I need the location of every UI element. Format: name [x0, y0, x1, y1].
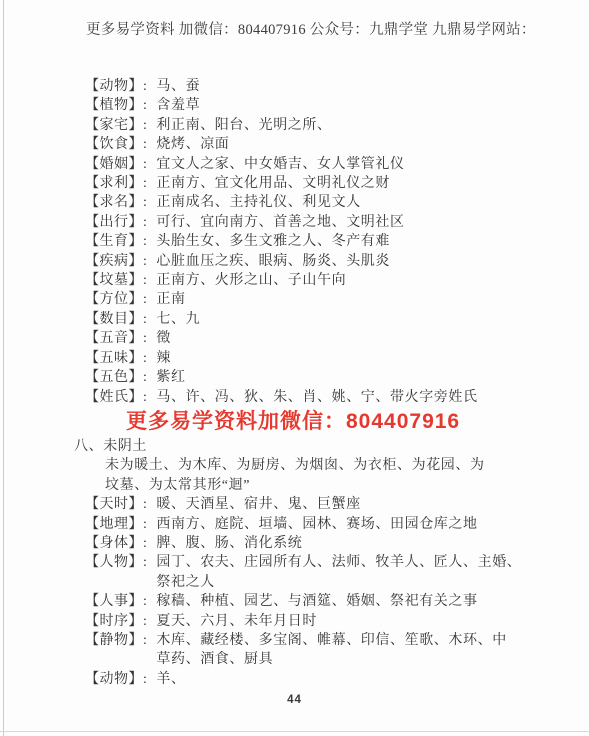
- entry-label: 【人物】:: [85, 553, 147, 572]
- entry-row: 【出行】: 可行、宜向南方、首善之地、文明社区: [85, 213, 540, 232]
- entry-row: 【五色】: 紫红: [85, 368, 540, 387]
- entry-label: 【姓氏】:: [85, 388, 147, 407]
- page-number: 44: [0, 694, 589, 706]
- entry-row: 【婚姻】: 宜文人之家、中女婚吉、女人掌管礼仪: [85, 155, 540, 174]
- section-heading-wei-yin-tu: 八、未阴土: [74, 437, 540, 456]
- entry-label: 【求利】:: [85, 174, 147, 193]
- entry-row: 【时序】: 夏天、六月、未年月日时: [85, 612, 540, 631]
- entry-value: 马、蚕: [156, 77, 540, 96]
- entry-value: 脾、腹、肠、消化系统: [156, 534, 540, 553]
- entry-row: 【坟墓】: 正南方、火形之山、子山午向: [85, 271, 540, 290]
- section-wei-entries: 【天时】: 暖、天酒星、宿井、鬼、巨蟹座 【地理】: 西南方、庭院、垣墙、园林、…: [85, 495, 540, 689]
- entry-label: 【出行】:: [85, 213, 147, 232]
- entry-row: 【动物】: 羊、: [85, 670, 540, 689]
- scan-edge-left: [3, 0, 4, 736]
- entry-value: 木库、藏经楼、多宝阁、帷幕、印信、笙歌、木环、中 草药、酒食、厨具: [156, 631, 540, 670]
- entry-row: 【人事】: 稼穑、种植、园艺、与酒筵、婚姻、祭祀有关之事: [85, 592, 540, 611]
- entry-row: 【五味】: 辣: [85, 349, 540, 368]
- entry-row: 【地理】: 西南方、庭院、垣墙、园林、赛场、田园仓库之地: [85, 515, 540, 534]
- entry-value: 紫红: [156, 368, 540, 387]
- red-watermark-contact: 更多易学资料加微信：804407916: [126, 409, 540, 435]
- entry-row: 【求利】: 正南方、宜文化用品、文明礼仪之财: [85, 174, 540, 193]
- entry-label: 【饮食】:: [85, 135, 147, 154]
- entry-row: 【求名】: 正南成名、主持礼仪、利见文人: [85, 193, 540, 212]
- scanned-book-page: 更多易学资料 加微信：804407916 公众号：九鼎学堂 九鼎易学网站： 【动…: [0, 0, 589, 736]
- entry-row: 【数目】: 七、九: [85, 310, 540, 329]
- entry-row: 【姓氏】: 马、许、冯、狄、朱、肖、姚、宁、带火字旁姓氏: [85, 388, 540, 407]
- entry-label: 【植物】:: [85, 96, 147, 115]
- entry-label: 【数目】:: [85, 310, 147, 329]
- entry-row: 【五音】: 徵: [85, 329, 540, 348]
- entry-label: 【身体】:: [85, 534, 147, 553]
- entry-row: 【动物】: 马、蚕: [85, 77, 540, 96]
- entry-row: 【疾病】: 心脏血压之疾、眼病、肠炎、头肌炎: [85, 252, 540, 271]
- entry-value: 羊、: [156, 670, 540, 689]
- entry-row: 【植物】: 含羞草: [85, 96, 540, 115]
- entry-value: 辣: [156, 349, 540, 368]
- page-header-contact-line: 更多易学资料 加微信：804407916 公众号：九鼎学堂 九鼎易学网站：: [86, 21, 587, 40]
- entry-value: 利正南、阳台、光明之所、: [156, 116, 540, 135]
- entry-value: 夏天、六月、未年月日时: [156, 612, 540, 631]
- entry-row: 【静物】: 木库、藏经楼、多宝阁、帷幕、印信、笙歌、木环、中 草药、酒食、厨具: [85, 631, 540, 670]
- entry-row: 【生育】: 头胎生女、多生文雅之人、冬产有难: [85, 232, 540, 251]
- entry-label: 【天时】:: [85, 495, 147, 514]
- entry-row: 【家宅】: 利正南、阳台、光明之所、: [85, 116, 540, 135]
- entry-row: 【饮食】: 烧烤、凉面: [85, 135, 540, 154]
- entry-value: 暖、天酒星、宿井、鬼、巨蟹座: [156, 495, 540, 514]
- section-intro-paragraph: 未为暖土、为木库、为厨房、为烟囱、为衣柜、为花园、为 坟墓、为太常其形“迴”: [105, 456, 540, 495]
- entry-value: 烧烤、凉面: [156, 135, 540, 154]
- entry-value: 正南成名、主持礼仪、利见文人: [156, 193, 540, 212]
- entry-label: 【家宅】:: [85, 116, 147, 135]
- entry-label: 【动物】:: [85, 670, 147, 689]
- entry-value: 稼穑、种植、园艺、与酒筵、婚姻、祭祀有关之事: [156, 592, 540, 611]
- entry-value: 西南方、庭院、垣墙、园林、赛场、田园仓库之地: [156, 515, 540, 534]
- entry-label: 【人事】:: [85, 592, 147, 611]
- entry-label: 【婚姻】:: [85, 155, 147, 174]
- entry-value: 可行、宜向南方、首善之地、文明社区: [156, 213, 540, 232]
- entry-label: 【五音】:: [85, 329, 147, 348]
- entry-label: 【求名】:: [85, 193, 147, 212]
- entry-value: 正南方、火形之山、子山午向: [156, 271, 540, 290]
- entry-label: 【地理】:: [85, 515, 147, 534]
- entry-label: 【生育】:: [85, 232, 147, 251]
- entry-label: 【动物】:: [85, 77, 147, 96]
- entry-label: 【疾病】:: [85, 252, 147, 271]
- entry-label: 【五味】:: [85, 349, 147, 368]
- entry-value: 头胎生女、多生文雅之人、冬产有难: [156, 232, 540, 251]
- entry-value: 园丁、农夫、庄园所有人、法师、牧羊人、匠人、主婚、 祭祀之人: [156, 553, 540, 592]
- entry-value: 正南方、宜文化用品、文明礼仪之财: [156, 174, 540, 193]
- entry-value: 心脏血压之疾、眼病、肠炎、头肌炎: [156, 252, 540, 271]
- entry-value: 马、许、冯、狄、朱、肖、姚、宁、带火字旁姓氏: [156, 388, 540, 407]
- scan-edge-bottom: [0, 731, 589, 732]
- entry-row: 【人物】: 园丁、农夫、庄园所有人、法师、牧羊人、匠人、主婚、 祭祀之人: [85, 553, 540, 592]
- entry-value: 正南: [156, 290, 540, 309]
- entry-value: 徵: [156, 329, 540, 348]
- entry-row: 【方位】: 正南: [85, 290, 540, 309]
- page-body: 【动物】: 马、蚕 【植物】: 含羞草 【家宅】: 利正南、阳台、光明之所、 【…: [74, 77, 540, 689]
- entry-label: 【静物】:: [85, 631, 147, 650]
- entry-label: 【时序】:: [85, 612, 147, 631]
- entry-label: 【五色】:: [85, 368, 147, 387]
- entry-value: 含羞草: [156, 96, 540, 115]
- entry-value: 七、九: [156, 310, 540, 329]
- section-fire-entries: 【动物】: 马、蚕 【植物】: 含羞草 【家宅】: 利正南、阳台、光明之所、 【…: [85, 77, 540, 407]
- entry-row: 【天时】: 暖、天酒星、宿井、鬼、巨蟹座: [85, 495, 540, 514]
- entry-value: 宜文人之家、中女婚吉、女人掌管礼仪: [156, 155, 540, 174]
- entry-label: 【方位】:: [85, 290, 147, 309]
- entry-row: 【身体】: 脾、腹、肠、消化系统: [85, 534, 540, 553]
- entry-label: 【坟墓】:: [85, 271, 147, 290]
